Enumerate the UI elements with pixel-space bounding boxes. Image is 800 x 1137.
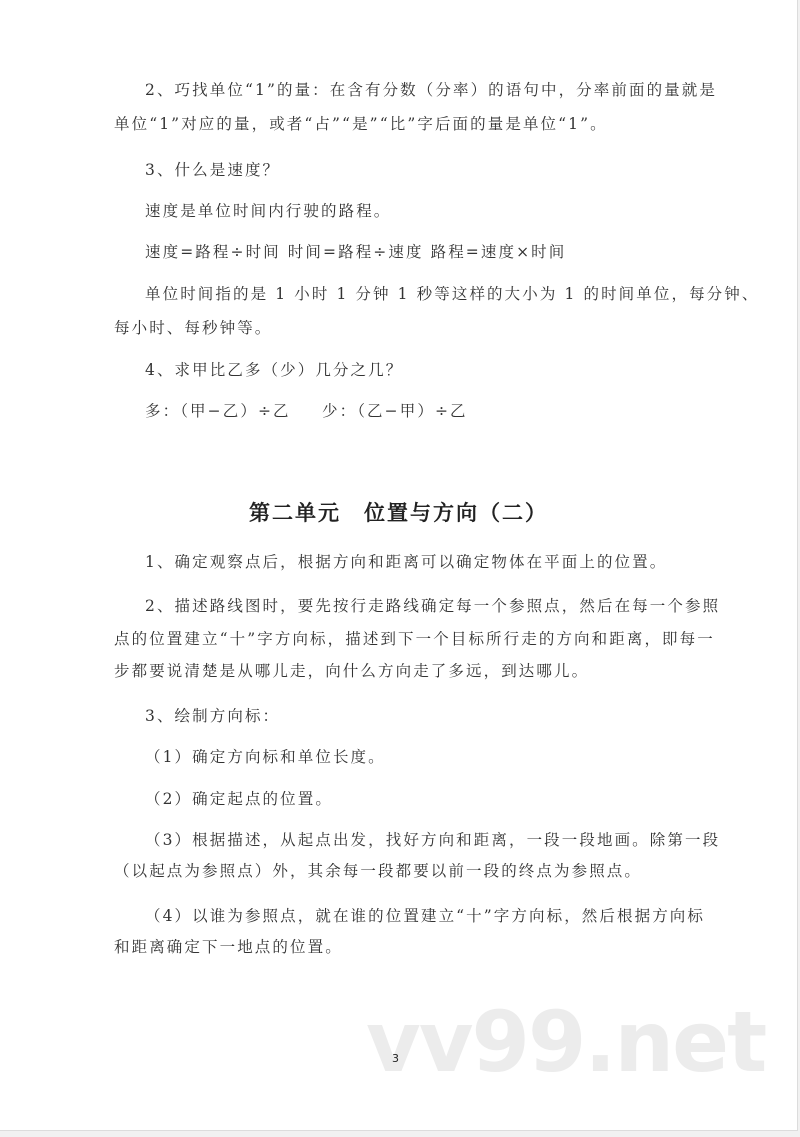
route-paragraph-line3: 步都要说清楚是从哪儿走，向什么方向走了多远，到达哪儿。 bbox=[114, 661, 589, 681]
step-1: （1）确定方向标和单位长度。 bbox=[145, 747, 386, 767]
watermark: vv99.net bbox=[366, 1000, 765, 1084]
page-number: 3 bbox=[392, 1052, 399, 1065]
document-page: 2、巧找单位“1”的量：在含有分数（分率）的语句中，分率前面的量就是 单位“1”… bbox=[0, 0, 798, 1131]
step-2: （2）确定起点的位置。 bbox=[145, 789, 333, 809]
fraction-more-formula: 多：（甲−乙）÷乙 bbox=[145, 401, 291, 421]
unit-title: 第二单元 位置与方向（二） bbox=[0, 497, 797, 527]
position-paragraph-1: 1、确定观察点后，根据方向和距离可以确定物体在平面上的位置。 bbox=[145, 552, 667, 572]
unit-time-line1: 单位时间指的是 1 小时 1 分钟 1 秒等这样的大小为 1 的时间单位，每分钟… bbox=[145, 284, 759, 304]
step-4-line2: 和距离确定下一地点的位置。 bbox=[114, 937, 343, 957]
speed-formulas: 速度=路程÷时间 时间=路程÷速度 路程=速度×时间 bbox=[145, 242, 566, 262]
route-paragraph-line2: 点的位置建立“十”字方向标，描述到下一个目标所行走的方向和距离，即每一 bbox=[114, 629, 715, 649]
step-3-line2: （以起点为参照点）外，其余每一段都要以前一段的终点为参照点。 bbox=[114, 861, 642, 881]
unit-time-line2: 每小时、每秒钟等。 bbox=[114, 318, 272, 338]
paragraph-unit-one-line1: 2、巧找单位“1”的量：在含有分数（分率）的语句中，分率前面的量就是 bbox=[145, 80, 717, 100]
paragraph-unit-one-line2: 单位“1”对应的量，或者“占”“是”“比”字后面的量是单位“1”。 bbox=[114, 114, 608, 134]
route-paragraph-line1: 2、描述路线图时，要先按行走路线确定每一个参照点，然后在每一个参照 bbox=[145, 596, 720, 616]
draw-compass-heading: 3、绘制方向标： bbox=[145, 706, 280, 726]
fraction-heading: 4、求甲比乙多（少）几分之几？ bbox=[145, 360, 403, 380]
step-4-line1: （4）以谁为参照点，就在谁的位置建立“十”字方向标，然后根据方向标 bbox=[145, 906, 705, 926]
speed-definition: 速度是单位时间内行驶的路程。 bbox=[145, 201, 391, 221]
step-3-line1: （3）根据描述，从起点出发，找好方向和距离，一段一段地画。除第一段 bbox=[145, 830, 720, 850]
speed-heading: 3、什么是速度？ bbox=[145, 160, 280, 180]
fraction-less-formula: 少：（乙−甲）÷乙 bbox=[322, 401, 468, 421]
